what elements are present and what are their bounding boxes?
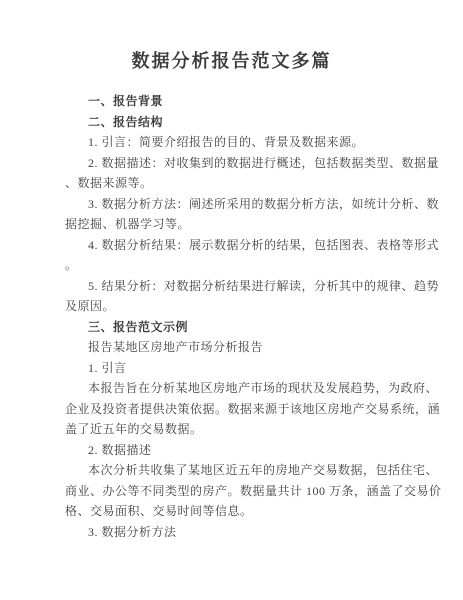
text-line: 格、交易面积、交易时间等信息。 (65, 501, 405, 522)
text-line: 据挖掘、机器学习等。 (65, 214, 405, 235)
text-line: 3. 数据分析方法 (65, 522, 405, 543)
text-line: 报告某地区房地产市场分析报告 (65, 337, 405, 358)
text-line: 及原因。 (65, 296, 405, 317)
text-line: 、数据来源等。 (65, 173, 405, 194)
text-line: 5. 结果分析：对数据分析结果进行解读，分析其中的规律、趋势 (65, 276, 405, 297)
text-line: 3. 数据分析方法：阐述所采用的数据分析方法，如统计分析、数 (65, 194, 405, 215)
text-line: 二、报告结构 (65, 112, 405, 133)
text-line: 盖了近五年的交易数据。 (65, 419, 405, 440)
document-body: 一、报告背景二、报告结构1. 引言：简要介绍报告的目的、背景及数据来源。2. 数… (0, 74, 463, 542)
text-line: 1. 引言 (65, 358, 405, 379)
text-line: 本报告旨在分析某地区房地产市场的现状及发展趋势，为政府、 (65, 378, 405, 399)
text-line: 商业、办公等不同类型的房产。数据量共计 100 万条，涵盖了交易价 (65, 481, 405, 502)
text-line: 三、报告范文示例 (65, 317, 405, 338)
text-line: 。 (65, 255, 405, 276)
text-line: 企业及投资者提供决策依据。数据来源于该地区房地产交易系统，涵 (65, 399, 405, 420)
text-line: 1. 引言：简要介绍报告的目的、背景及数据来源。 (65, 132, 405, 153)
text-line: 2. 数据描述：对收集到的数据进行概述，包括数据类型、数据量 (65, 153, 405, 174)
document-page: 数据分析报告范文多篇 一、报告背景二、报告结构1. 引言：简要介绍报告的目的、背… (0, 0, 463, 600)
document-title: 数据分析报告范文多篇 (0, 0, 463, 74)
text-line: 4. 数据分析结果：展示数据分析的结果，包括图表、表格等形式 (65, 235, 405, 256)
text-line: 一、报告背景 (65, 91, 405, 112)
text-line: 本次分析共收集了某地区近五年的房地产交易数据，包括住宅、 (65, 460, 405, 481)
text-line: 2. 数据描述 (65, 440, 405, 461)
